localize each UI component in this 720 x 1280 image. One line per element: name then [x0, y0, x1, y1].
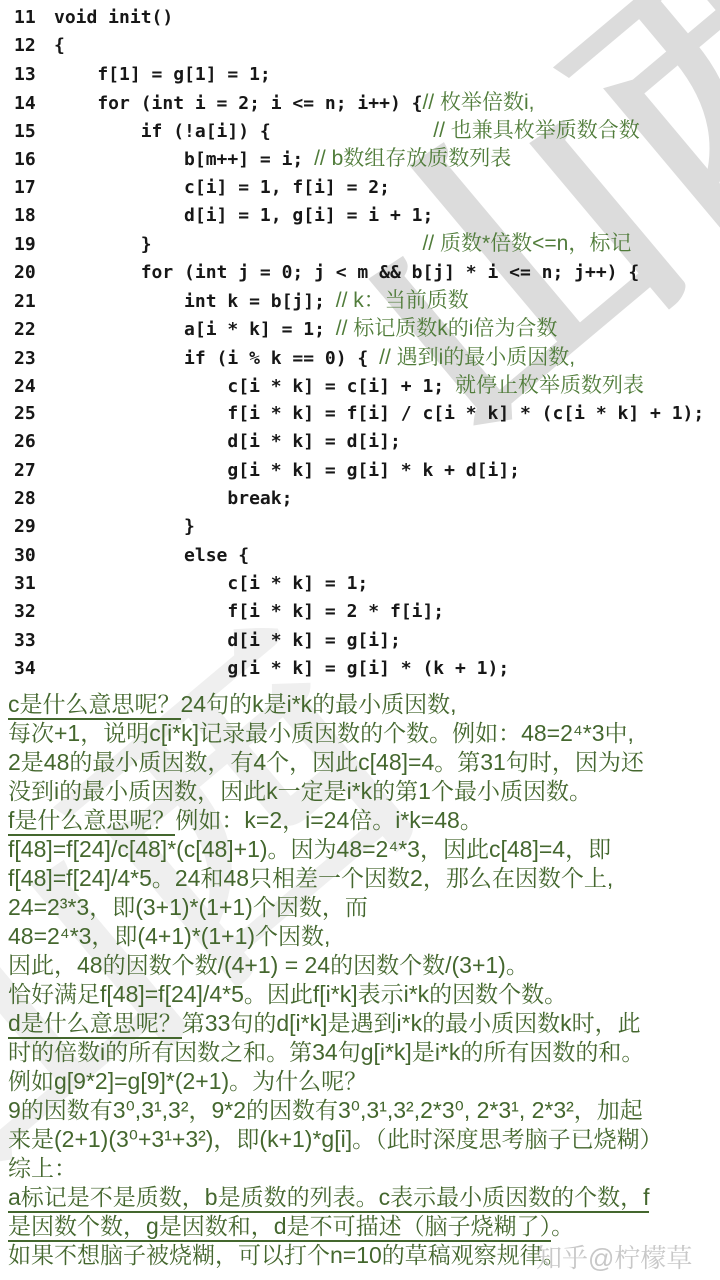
line-number: 13 — [0, 61, 54, 89]
code-line: 21 int k = b[j]; // k：当前质数 — [0, 287, 720, 315]
code-text: f[i * k] = 2 * f[i]; — [54, 601, 444, 622]
explanation-underlined-text: c是什么意思呢？ — [8, 691, 181, 720]
code-line: 24 c[i * k] = c[i] + 1; 就停止枚举质数列表 — [0, 372, 720, 400]
code-comment: // k：当前质数 — [336, 289, 469, 312]
explanation-line: f是什么意思呢？例如：k=2，i=24倍。i*k=48。 — [8, 806, 720, 835]
explanation-line: 9的因数有3⁰,3¹,3²，9*2的因数有3⁰,3¹,3²,2*3⁰, 2*3¹… — [8, 1096, 720, 1125]
explanation-text: 来是(2+1)(3⁰+3¹+3²)，即(k+1)*g[i]。（此时深度思考脑子已… — [8, 1126, 663, 1152]
explanation-underlined-text: a标记是不是质数，b是质数的列表。c表示最小质因数的个数，f — [8, 1184, 649, 1213]
code-text: f[i * k] = f[i] / c[i * k] * (c[i * k] +… — [54, 403, 704, 424]
line-number: 30 — [0, 542, 54, 570]
explanation-underlined-text: 是因数个数，g是因数和，d是不可描述（脑子烧糊了） — [8, 1213, 551, 1242]
code-line: 20 for (int j = 0; j < m && b[j] * i <= … — [0, 259, 720, 287]
line-number: 32 — [0, 598, 54, 626]
code-line: 22 a[i * k] = 1; // 标记质数k的i倍为合数 — [0, 315, 720, 343]
line-number: 29 — [0, 513, 54, 541]
explanation-line: 综上： — [8, 1154, 720, 1183]
code-line: 32 f[i * k] = 2 * f[i]; — [0, 598, 720, 626]
code-comment: // 遇到i的最小质因数, — [379, 346, 575, 369]
code-line: 11void init() — [0, 4, 720, 32]
line-number: 16 — [0, 146, 54, 174]
code-text: break; — [54, 488, 292, 509]
explanation-text: f[48]=f[24]/c[48]*(c[48]+1)。因为48=2⁴*3，因此… — [8, 836, 611, 862]
explanation-underlined-text: d是什么意思呢？ — [8, 1010, 182, 1039]
code-text: } — [54, 516, 195, 537]
explanation-text: 第33句的d[i*k]是遇到i*k的最小质因数k时，此 — [182, 1010, 641, 1036]
code-line: 34 g[i * k] = g[i] * (k + 1); — [0, 655, 720, 683]
code-text: for (int j = 0; j < m && b[j] * i <= n; … — [54, 262, 639, 283]
explanation-text: 例如：k=2，i=24倍。i*k=48。 — [175, 807, 482, 833]
code-line: 17 c[i] = 1, f[i] = 2; — [0, 174, 720, 202]
code-text: else { — [54, 545, 249, 566]
code-text: if (i % k == 0) { — [54, 348, 379, 369]
line-number: 18 — [0, 202, 54, 230]
line-number: 24 — [0, 373, 54, 401]
code-text: void init() — [54, 7, 173, 28]
explanation-line: 时的倍数i的所有因数之和。第34句g[i*k]是i*k的所有因数的和。 — [8, 1038, 720, 1067]
explanation-line: f[48]=f[24]/c[48]*(c[48]+1)。因为48=2⁴*3，因此… — [8, 835, 720, 864]
code-comment: // b数组存放质数列表 — [314, 147, 511, 170]
code-text: g[i * k] = g[i] * (k + 1); — [54, 658, 509, 679]
code-line: 31 c[i * k] = 1; — [0, 570, 720, 598]
code-line: 13 f[1] = g[1] = 1; — [0, 61, 720, 89]
code-text: d[i * k] = g[i]; — [54, 630, 401, 651]
line-number: 25 — [0, 400, 54, 428]
code-line: 16 b[m++] = i; // b数组存放质数列表 — [0, 145, 720, 173]
explanation-line: 是因数个数，g是因数和，d是不可描述（脑子烧糊了）。 — [8, 1212, 720, 1241]
explanation-text: 9的因数有3⁰,3¹,3²，9*2的因数有3⁰,3¹,3²,2*3⁰, 2*3¹… — [8, 1097, 643, 1123]
explanation-line: 没到i的最小质因数，因此k一定是i*k的第1个最小质因数。 — [8, 777, 720, 806]
line-number: 20 — [0, 259, 54, 287]
code-line: 23 if (i % k == 0) { // 遇到i的最小质因数, — [0, 344, 720, 372]
code-line: 25 f[i * k] = f[i] / c[i * k] * (c[i * k… — [0, 400, 720, 428]
line-number: 17 — [0, 174, 54, 202]
explanation-text: 因此，48的因数个数/(4+1) = 24的因数个数/(3+1)。 — [8, 952, 529, 978]
explanation-line: 恰好满足f[48]=f[24]/4*5。因此f[i*k]表示i*k的因数个数。 — [8, 980, 720, 1009]
explanation-text: 2是48的最小质因数，有4个，因此c[48]=4。第31句时，因为还 — [8, 749, 644, 775]
code-text: c[i] = 1, f[i] = 2; — [54, 177, 390, 198]
line-number: 27 — [0, 457, 54, 485]
code-line: 33 d[i * k] = g[i]; — [0, 627, 720, 655]
code-text: d[i * k] = d[i]; — [54, 431, 401, 452]
code-line: 18 d[i] = 1, g[i] = i + 1; — [0, 202, 720, 230]
explanation-line: c是什么意思呢？24句的k是i*k的最小质因数, — [8, 690, 720, 719]
code-line: 30 else { — [0, 542, 720, 570]
code-comment: // 质数*倍数<=n，标记 — [422, 232, 631, 255]
explanation-line: 来是(2+1)(3⁰+3¹+3²)，即(k+1)*g[i]。（此时深度思考脑子已… — [8, 1125, 720, 1154]
code-text: for (int i = 2; i <= n; i++) { — [54, 93, 422, 114]
line-number: 22 — [0, 316, 54, 344]
explanation-line: f[48]=f[24]/4*5。24和48只相差一个因数2，那么在因数个上, — [8, 864, 720, 893]
code-line: 28 break; — [0, 485, 720, 513]
explanation-text: 时的倍数i的所有因数之和。第34句g[i*k]是i*k的所有因数的和。 — [8, 1039, 644, 1065]
explanation-text: 综上： — [8, 1155, 77, 1181]
explanation-text: 24句的k是i*k的最小质因数, — [181, 691, 457, 717]
explanation-line: a标记是不是质数，b是质数的列表。c表示最小质因数的个数，f — [8, 1183, 720, 1212]
code-block: 11void init()12{13 f[1] = g[1] = 1;14 fo… — [0, 4, 720, 683]
code-line: 15 if (!a[i]) { // 也兼具枚举质数合数 — [0, 117, 720, 145]
code-text: } — [54, 234, 422, 255]
line-number: 19 — [0, 231, 54, 259]
explanation-line: 48=2⁴*3，即(4+1)*(1+1)个因数, — [8, 922, 720, 951]
code-text: int k = b[j]; — [54, 291, 336, 312]
code-line: 27 g[i * k] = g[i] * k + d[i]; — [0, 457, 720, 485]
line-number: 21 — [0, 288, 54, 316]
explanation-line: 例如g[9*2]=g[9]*(2+1)。为什么呢？ — [8, 1067, 720, 1096]
code-text: f[1] = g[1] = 1; — [54, 64, 271, 85]
explanation-text: 。 — [551, 1213, 574, 1239]
code-comment: 就停止枚举质数列表 — [455, 374, 644, 397]
explanation-line: 因此，48的因数个数/(4+1) = 24的因数个数/(3+1)。 — [8, 951, 720, 980]
author-watermark: 知乎@柠檬草 — [536, 1238, 692, 1275]
explanation-underlined-text: f是什么意思呢？ — [8, 807, 175, 836]
line-number: 34 — [0, 655, 54, 683]
line-number: 12 — [0, 32, 54, 60]
explanation-text: 24=2³*3，即(3+1)*(1+1)个因数，而 — [8, 894, 368, 920]
code-text: { — [54, 35, 65, 56]
explanation-text: 48=2⁴*3，即(4+1)*(1+1)个因数, — [8, 923, 330, 949]
line-number: 26 — [0, 428, 54, 456]
line-number: 33 — [0, 627, 54, 655]
explanation-text: f[48]=f[24]/4*5。24和48只相差一个因数2，那么在因数个上, — [8, 865, 613, 891]
explanation-line: 2是48的最小质因数，有4个，因此c[48]=4。第31句时，因为还 — [8, 748, 720, 777]
code-text: d[i] = 1, g[i] = i + 1; — [54, 205, 433, 226]
explanation-text: 如果不想脑子被烧糊，可以打个n=10的草稿观察规律。 — [8, 1242, 566, 1268]
explanation-text: 例如g[9*2]=g[9]*(2+1)。为什么呢？ — [8, 1068, 367, 1094]
line-number: 23 — [0, 345, 54, 373]
line-number: 31 — [0, 570, 54, 598]
explanation-line: 每次+1，说明c[i*k]记录最小质因数的个数。例如：48=2⁴*3中, — [8, 719, 720, 748]
line-number: 11 — [0, 4, 54, 32]
code-comment: // 枚举倍数i, — [422, 91, 534, 114]
code-text: c[i * k] = c[i] + 1; — [54, 376, 455, 397]
explanation-text: 每次+1，说明c[i*k]记录最小质因数的个数。例如：48=2⁴*3中, — [8, 720, 634, 746]
code-line: 12{ — [0, 32, 720, 60]
explanation-line: 24=2³*3，即(3+1)*(1+1)个因数，而 — [8, 893, 720, 922]
code-line: 19 } // 质数*倍数<=n，标记 — [0, 230, 720, 258]
code-text: c[i * k] = 1; — [54, 573, 368, 594]
code-line: 26 d[i * k] = d[i]; — [0, 428, 720, 456]
line-number: 15 — [0, 118, 54, 146]
code-comment: // 标记质数k的i倍为合数 — [336, 317, 558, 340]
code-text: a[i * k] = 1; — [54, 319, 336, 340]
code-line: 14 for (int i = 2; i <= n; i++) {// 枚举倍数… — [0, 89, 720, 117]
line-number: 28 — [0, 485, 54, 513]
explanation-block: c是什么意思呢？24句的k是i*k的最小质因数,每次+1，说明c[i*k]记录最… — [8, 690, 720, 1270]
code-text: if (!a[i]) { — [54, 121, 433, 142]
explanation-line: d是什么意思呢？第33句的d[i*k]是遇到i*k的最小质因数k时，此 — [8, 1009, 720, 1038]
code-text: b[m++] = i; — [54, 149, 314, 170]
code-text: g[i * k] = g[i] * k + d[i]; — [54, 460, 520, 481]
explanation-text: 恰好满足f[48]=f[24]/4*5。因此f[i*k]表示i*k的因数个数。 — [8, 981, 567, 1007]
explanation-text: 没到i的最小质因数，因此k一定是i*k的第1个最小质因数。 — [8, 778, 592, 804]
code-comment: // 也兼具枚举质数合数 — [433, 119, 640, 142]
code-line: 29 } — [0, 513, 720, 541]
line-number: 14 — [0, 90, 54, 118]
